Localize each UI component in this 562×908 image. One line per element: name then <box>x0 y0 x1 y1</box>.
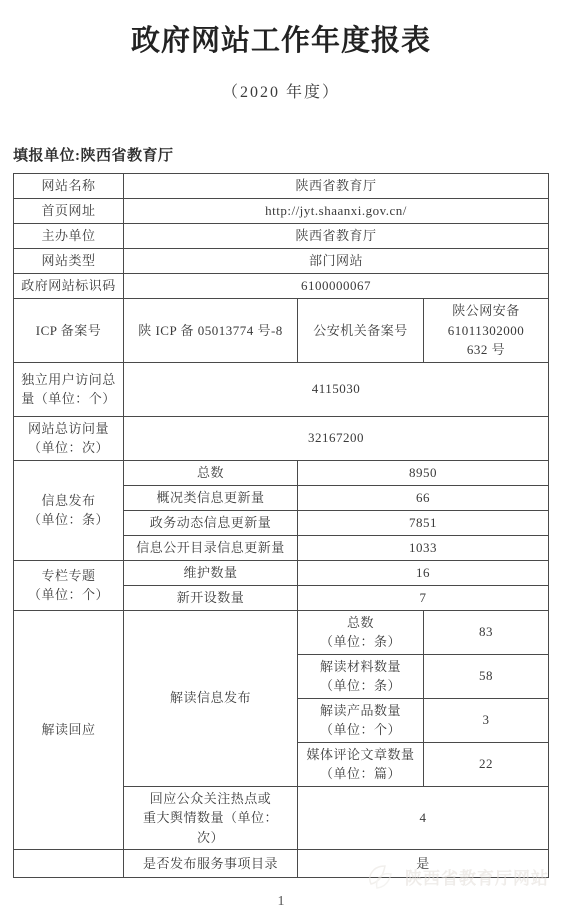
special-columns-item-value: 16 <box>298 560 549 585</box>
info-publish-item-value: 66 <box>298 485 549 510</box>
info-publish-item-label: 概况类信息更新量 <box>124 485 298 510</box>
table-row: 首页网址 http://jyt.shaanxi.gov.cn/ <box>14 199 549 224</box>
icp-value: 陕 ICP 备 05013774 号-8 <box>124 299 298 363</box>
table-row: 是否发布服务事项目录 是 <box>14 850 549 878</box>
info-publish-item-value: 1033 <box>298 535 549 560</box>
table-row: 网站类型 部门网站 <box>14 249 549 274</box>
organizer-label: 主办单位 <box>14 224 124 249</box>
page-title: 政府网站工作年度报表 <box>0 18 562 59</box>
info-publish-group-label: 信息发布 （单位：条） <box>14 460 124 560</box>
public-response-label: 回应公众关注热点或 重大舆情数量（单位： 次） <box>124 786 298 850</box>
site-code-label: 政府网站标识码 <box>14 274 124 299</box>
info-publish-item-value: 7851 <box>298 510 549 535</box>
site-name-value: 陕西省教育厅 <box>124 174 549 199</box>
interpretation-item-value: 3 <box>424 698 549 742</box>
interpretation-item-label: 解读产品数量 （单位：个） <box>298 698 424 742</box>
info-publish-item-label: 政务动态信息更新量 <box>124 510 298 535</box>
info-publish-item-label: 总数 <box>124 460 298 485</box>
site-code-value: 6100000067 <box>124 274 549 299</box>
interpretation-item-value: 83 <box>424 610 549 654</box>
special-columns-item-label: 维护数量 <box>124 560 298 585</box>
interpretation-group-label: 解读回应 <box>14 610 124 850</box>
total-visits-label: 网站总访问量 （单位：次） <box>14 416 124 460</box>
organizer-value: 陕西省教育厅 <box>124 224 549 249</box>
interpretation-item-label: 总数 （单位：条） <box>298 610 424 654</box>
page-subtitle: （2020 年度） <box>0 79 562 102</box>
info-publish-item-label: 信息公开目录信息更新量 <box>124 535 298 560</box>
homepage-url-value: http://jyt.shaanxi.gov.cn/ <box>124 199 549 224</box>
page-number: 1 <box>0 894 562 908</box>
table-row: 网站总访问量 （单位：次） 32167200 <box>14 416 549 460</box>
police-record-label: 公安机关备案号 <box>298 299 424 363</box>
table-row: 政府网站标识码 6100000067 <box>14 274 549 299</box>
special-columns-item-label: 新开设数量 <box>124 585 298 610</box>
site-name-label: 网站名称 <box>14 174 124 199</box>
table-row: 独立用户访问总 量（单位：个） 4115030 <box>14 362 549 416</box>
table-row: 解读回应 解读信息发布 总数 （单位：条） 83 <box>14 610 549 654</box>
info-publish-item-value: 8950 <box>298 460 549 485</box>
interpretation-item-value: 22 <box>424 742 549 786</box>
table-row: ICP 备案号 陕 ICP 备 05013774 号-8 公安机关备案号 陕公网… <box>14 299 549 363</box>
table-row: 主办单位 陕西省教育厅 <box>14 224 549 249</box>
site-type-value: 部门网站 <box>124 249 549 274</box>
table-row: 专栏专题 （单位：个） 维护数量 16 <box>14 560 549 585</box>
service-directory-label: 是否发布服务事项目录 <box>124 850 298 878</box>
table-row: 网站名称 陕西省教育厅 <box>14 174 549 199</box>
unique-visitors-value: 4115030 <box>124 362 549 416</box>
special-columns-group-label: 专栏专题 （单位：个） <box>14 560 124 610</box>
annual-report-table: 网站名称 陕西省教育厅 首页网址 http://jyt.shaanxi.gov.… <box>13 173 549 878</box>
special-columns-item-value: 7 <box>298 585 549 610</box>
public-response-value: 4 <box>298 786 549 850</box>
reporting-unit-label: 填报单位:陕西省教育厅 <box>13 144 562 165</box>
service-directory-value: 是 <box>298 850 549 878</box>
icp-label: ICP 备案号 <box>14 299 124 363</box>
interpretation-publish-label: 解读信息发布 <box>124 610 298 786</box>
empty-cell <box>14 850 124 878</box>
interpretation-item-value: 58 <box>424 654 549 698</box>
homepage-url-label: 首页网址 <box>14 199 124 224</box>
site-type-label: 网站类型 <box>14 249 124 274</box>
police-record-value: 陕公网安备 61011302000 632 号 <box>424 299 549 363</box>
table-row: 信息发布 （单位：条） 总数 8950 <box>14 460 549 485</box>
interpretation-item-label: 解读材料数量 （单位：条） <box>298 654 424 698</box>
total-visits-value: 32167200 <box>124 416 549 460</box>
unique-visitors-label: 独立用户访问总 量（单位：个） <box>14 362 124 416</box>
interpretation-item-label: 媒体评论文章数量 （单位：篇） <box>298 742 424 786</box>
